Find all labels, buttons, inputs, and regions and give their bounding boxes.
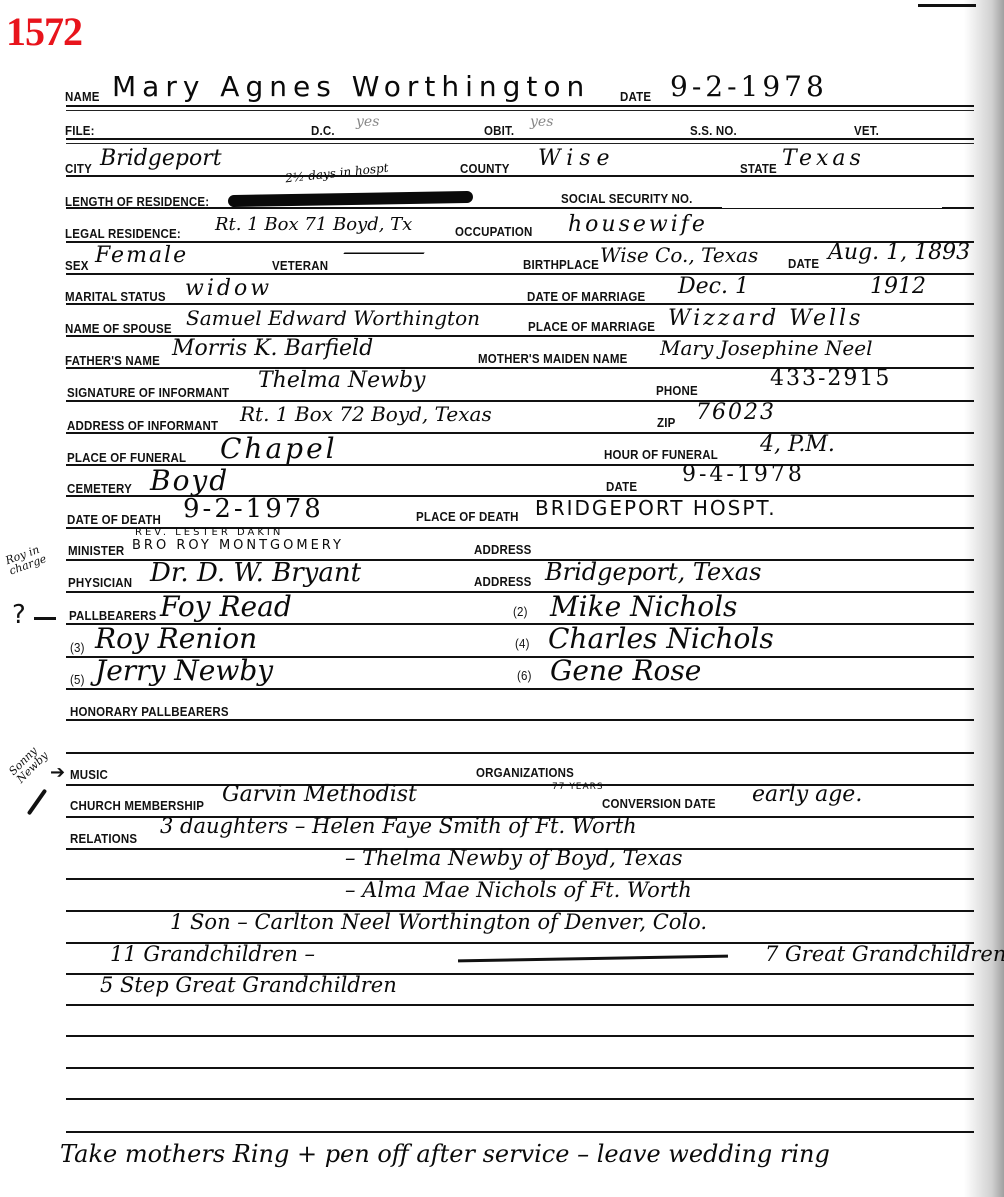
cemetery-label: CEMETERY <box>67 482 132 496</box>
city-note: 2½ days in hospt <box>285 161 390 186</box>
rule <box>66 400 974 402</box>
length-of-residence-label: LENGTH OF RESIDENCE: <box>65 195 209 209</box>
signature-of-informant-label: SIGNATURE OF INFORMANT <box>67 386 229 400</box>
place-of-death-value: BRIDGEPORT HOSPT. <box>535 496 777 520</box>
conversion-date-value: early age. <box>752 782 862 807</box>
veteran-value: — <box>340 240 428 265</box>
pallbearer-1: Foy Read <box>160 590 292 623</box>
date-of-marriage-value: Dec. 1 <box>678 274 749 299</box>
birth-date-label: DATE <box>788 257 819 271</box>
church-membership-note: 77 YEARS <box>552 782 604 792</box>
rule <box>66 1035 974 1037</box>
organizations-label: ORGANIZATIONS <box>476 766 574 780</box>
state-label: STATE <box>740 162 777 176</box>
marital-status-label: MARITAL STATUS <box>65 290 166 304</box>
signature-of-informant-value: Thelma Newby <box>258 368 425 393</box>
mothers-maiden-name-value: Mary Josephine Neel <box>660 336 873 360</box>
honorary-pallbearers-label: HONORARY PALLBEARERS <box>70 705 229 719</box>
margin-note-question: ? <box>12 600 26 630</box>
rule <box>66 105 974 107</box>
pallbearer-3-num: (3) <box>70 641 85 655</box>
place-of-death-label: PLACE OF DEATH <box>416 510 519 524</box>
pallbearer-6: Gene Rose <box>550 654 701 687</box>
pallbearer-2: Mike Nichols <box>550 590 737 623</box>
mothers-maiden-name-label: MOTHER'S MAIDEN NAME <box>478 352 628 366</box>
relations-line-7: 5 Step Great Grandchildren <box>100 973 397 997</box>
rule <box>66 752 974 754</box>
name-value: Mary Agnes Worthington <box>112 70 590 103</box>
footer-note: Take mothers Ring + pen off after servic… <box>60 1140 830 1168</box>
margin-note-roy-in-charge: Roy in charge <box>4 535 68 576</box>
date-of-marriage-label: DATE OF MARRIAGE <box>527 290 645 304</box>
fathers-name-label: FATHER'S NAME <box>65 354 160 368</box>
church-membership-value: Garvin Methodist <box>222 782 417 807</box>
music-label: MUSIC <box>70 768 108 782</box>
ssn-whiteout <box>722 178 942 208</box>
date-value: 9-2-1978 <box>670 70 828 103</box>
ss-no-label: S.S. NO. <box>690 124 737 138</box>
birthplace-label: BIRTHPLACE <box>523 258 599 272</box>
name-label: NAME <box>65 90 100 104</box>
place-of-funeral-value: Chapel <box>220 432 338 465</box>
rule <box>66 1004 974 1006</box>
arrow-right-icon: ➔ <box>50 762 65 783</box>
zip-label: ZIP <box>657 416 675 430</box>
state-value: Texas <box>782 146 865 171</box>
city-value: Bridgeport <box>100 146 222 171</box>
phone-value: 433-2915 <box>770 366 891 391</box>
marital-status-value: widow <box>185 276 272 301</box>
sex-label: SEX <box>65 259 89 273</box>
hour-of-funeral-label: HOUR OF FUNERAL <box>604 448 718 462</box>
social-security-label: SOCIAL SECURITY NO. <box>561 192 693 206</box>
relations-line-2: – Thelma Newby of Boyd, Texas <box>345 846 683 870</box>
vet-label: VET. <box>854 124 879 138</box>
birthplace-value: Wise Co., Texas <box>600 243 758 267</box>
physician-address-value: Bridgeport, Texas <box>545 558 761 586</box>
pallbearer-3: Roy Renion <box>95 622 257 655</box>
spouse-value: Samuel Edward Worthington <box>186 306 480 330</box>
pallbearer-4: Charles Nichols <box>548 622 774 655</box>
address-of-informant-label: ADDRESS OF INFORMANT <box>67 419 218 433</box>
strikeout-mark <box>458 955 728 963</box>
margin-scribble-mark <box>27 789 47 816</box>
phone-label: PHONE <box>656 384 698 398</box>
funeral-date-value: 9-4-1978 <box>682 462 805 487</box>
rule <box>66 688 974 690</box>
date-of-marriage-year: 1912 <box>870 274 926 299</box>
conversion-date-label: CONVERSION DATE <box>602 797 716 811</box>
city-label: CITY <box>65 162 92 176</box>
physician-label: PHYSICIAN <box>68 576 132 590</box>
rule <box>66 175 974 177</box>
minister-address-label: ADDRESS <box>474 543 532 557</box>
rule <box>66 273 974 275</box>
place-of-marriage-value: Wizzard Wells <box>668 306 863 331</box>
address-of-informant-value: Rt. 1 Box 72 Boyd, Texas <box>240 402 492 426</box>
relations-line-6: 7 Great Grandchildren <box>765 942 1004 966</box>
pallbearer-4-num: (4) <box>515 637 530 651</box>
record-number: 1572 <box>6 8 82 55</box>
rule <box>66 719 974 721</box>
rule <box>66 1098 974 1100</box>
redaction-mark <box>228 191 473 207</box>
cemetery-value: Boyd <box>150 464 229 497</box>
funeral-date-label: DATE <box>606 480 637 494</box>
hour-of-funeral-value: 4, P.M. <box>760 432 835 457</box>
rule <box>66 303 974 305</box>
relations-line-3: – Alma Mae Nichols of Ft. Worth <box>345 878 692 902</box>
rule <box>66 1067 974 1069</box>
margin-dash-mark <box>34 617 56 620</box>
place-of-funeral-label: PLACE OF FUNERAL <box>67 451 186 465</box>
top-mark <box>918 4 976 7</box>
church-membership-label: CHURCH MEMBERSHIP <box>70 799 204 813</box>
scan-edge-shadow <box>964 0 1004 1197</box>
legal-residence-value: Rt. 1 Box 71 Boyd, Tx <box>215 214 412 235</box>
zip-value: 76023 <box>696 400 776 425</box>
pallbearer-2-num: (2) <box>513 605 528 619</box>
fathers-name-value: Morris K. Barfield <box>172 336 373 361</box>
date-of-death-label: DATE OF DEATH <box>67 513 161 527</box>
rule <box>66 1131 974 1133</box>
pallbearer-5-num: (5) <box>70 673 85 687</box>
date-label: DATE <box>620 90 651 104</box>
obit-value: yes <box>530 114 553 130</box>
occupation-label: OCCUPATION <box>455 225 532 239</box>
occupation-value: housewife <box>568 212 708 237</box>
relations-line-4: 1 Son – Carlton Neel Worthington of Denv… <box>170 910 707 934</box>
birth-date-value: Aug. 1, 1893 <box>828 240 970 265</box>
file-label: FILE: <box>65 124 95 138</box>
date-of-death-value: 9-2-1978 <box>183 494 324 524</box>
spouse-label: NAME OF SPOUSE <box>65 322 172 336</box>
minister-label: MINISTER <box>68 544 124 558</box>
relations-label: RELATIONS <box>70 832 137 846</box>
dc-value: yes <box>356 114 379 130</box>
place-of-marriage-label: PLACE OF MARRIAGE <box>528 320 655 334</box>
pallbearer-5: Jerry Newby <box>95 654 273 687</box>
county-value: Wise <box>538 146 616 171</box>
physician-address-label: ADDRESS <box>474 575 532 589</box>
obit-label: OBIT. <box>484 124 514 138</box>
sex-value: Female <box>95 243 188 268</box>
pallbearers-label: PALLBEARERS <box>69 609 156 623</box>
rule <box>66 138 974 140</box>
dc-label: D.C. <box>311 124 335 138</box>
county-label: COUNTY <box>460 162 510 176</box>
minister-value: BRO ROY MONTGOMERY <box>132 538 344 553</box>
pallbearer-6-num: (6) <box>517 669 532 683</box>
veteran-label: VETERAN <box>272 259 328 273</box>
legal-residence-label: LEGAL RESIDENCE: <box>65 227 181 241</box>
relations-line-1: 3 daughters – Helen Faye Smith of Ft. Wo… <box>160 814 637 838</box>
minister-note: REV. LESTER DAKIN <box>135 527 283 538</box>
physician-value: Dr. D. W. Bryant <box>150 558 361 588</box>
relations-line-5: 11 Grandchildren – <box>110 942 315 966</box>
